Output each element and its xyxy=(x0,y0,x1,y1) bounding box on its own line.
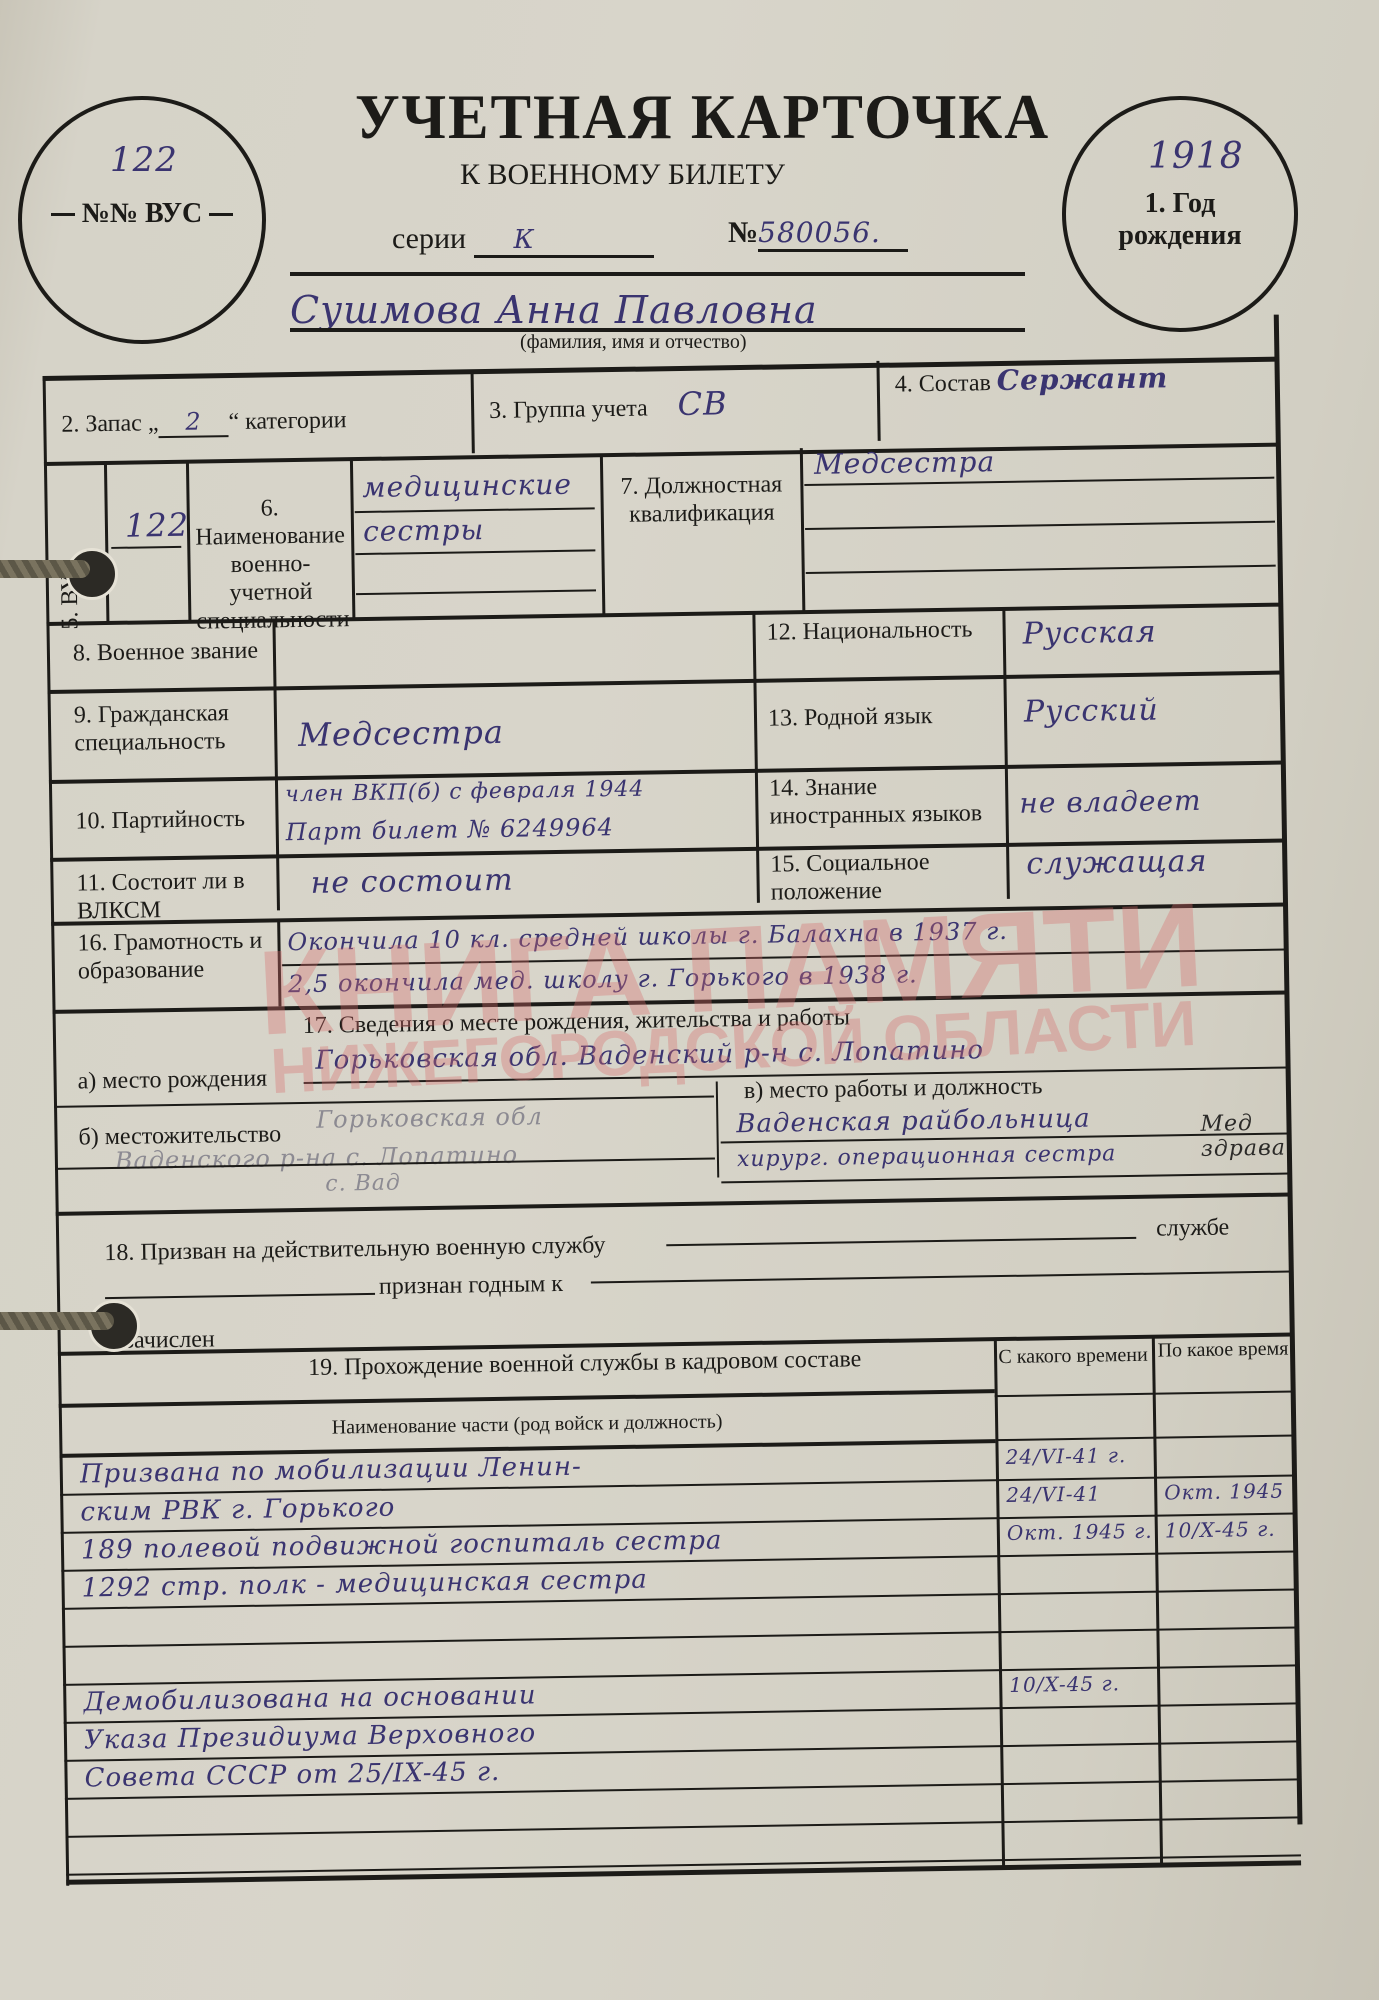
service-from-cell xyxy=(1011,1823,1157,1825)
section-17-title: 17. Сведения о месте рождения, жительств… xyxy=(303,1003,851,1040)
full-name-value: Сушмова Анна Павловна xyxy=(290,288,818,332)
specialty-name-label: 6. Наименование военно-учетной специальн… xyxy=(194,493,346,635)
service-from-cell xyxy=(1008,1633,1154,1635)
col-unit-header: Наименование части (род войск и должност… xyxy=(59,1405,995,1444)
divider xyxy=(806,565,1276,574)
divider xyxy=(752,613,760,903)
service-to-cell xyxy=(1166,1593,1292,1595)
divider xyxy=(44,443,1279,466)
page-subtitle: К ВОЕННОМУ БИЛЕТУ xyxy=(460,158,785,192)
nationality-label: 12. Национальность xyxy=(766,615,996,647)
reserve-field: 2. Запас „2“ категории xyxy=(61,405,347,439)
divider xyxy=(716,1081,720,1177)
divider xyxy=(800,448,806,612)
divider xyxy=(272,620,280,910)
divider xyxy=(876,361,880,441)
divider xyxy=(471,371,475,453)
birthplace-label: а) место рождения xyxy=(77,1065,267,1096)
service-to-cell xyxy=(1169,1782,1295,1784)
social-status-label: 15. Социальное положение xyxy=(770,847,991,906)
foreign-languages-label: 14. Знание иностранных языков xyxy=(769,771,990,830)
series-field: серии К xyxy=(392,222,654,258)
binding-string xyxy=(0,1312,114,1330)
divider xyxy=(356,589,596,595)
divider xyxy=(290,272,1025,276)
divider xyxy=(111,546,181,549)
native-language-label: 13. Родной язык xyxy=(768,702,933,733)
divider xyxy=(47,671,1282,694)
series-label: серии xyxy=(392,222,466,255)
vus-circle: 122 №№ ВУС xyxy=(18,96,266,344)
reserve-value: 2 xyxy=(158,407,228,438)
native-language-value: Русский xyxy=(1024,693,1159,730)
group-value: СВ xyxy=(677,384,728,423)
service-to-cell xyxy=(1165,1555,1291,1557)
komsomol-value: не состоит xyxy=(310,863,514,901)
rank-label: 8. Военное звание xyxy=(73,637,263,668)
group-field: 3. Группа учета СВ xyxy=(489,389,728,425)
party-label: 10. Партийность xyxy=(75,805,265,836)
party-line-1: член ВКП(б) с февраля 1944 xyxy=(285,777,645,808)
col-from-header: С какого времени xyxy=(998,1343,1148,1369)
residence-line-1: Горьковская обл xyxy=(316,1102,543,1134)
service-from-cell: 10/X-45 г. xyxy=(1009,1671,1155,1697)
service-from-cell xyxy=(1007,1557,1153,1559)
residence-line-3: с. Вад xyxy=(325,1170,401,1196)
work-label: в) место работы и должность xyxy=(744,1072,1043,1105)
divider xyxy=(666,1237,1136,1246)
service-to-cell xyxy=(1163,1441,1289,1443)
section-18-suffix: службе xyxy=(1156,1213,1230,1242)
divider xyxy=(995,1390,1295,1397)
divider xyxy=(59,1389,995,1408)
service-to-cell xyxy=(1168,1745,1294,1747)
divider xyxy=(600,455,606,615)
komsomol-label: 11. Состоит ли в ВЛКСМ xyxy=(76,867,267,926)
composition-label: 4. Состав xyxy=(895,370,991,398)
service-to-cell xyxy=(1167,1669,1293,1671)
education-line-1: Окончила 10 кл. средней школы г. Балахна… xyxy=(287,917,1008,956)
civil-specialty-label: 9. Гражданская специальность xyxy=(74,699,265,758)
work-line-2: хирург. операционная сестра xyxy=(737,1141,1117,1172)
divider xyxy=(350,459,356,619)
birth-year-value: 1918 xyxy=(1148,136,1244,177)
document-page: 122 №№ ВУС УЧЕТНАЯ КАРТОЧКА К ВОЕННОМУ Б… xyxy=(0,0,1379,2000)
section-19-title: 19. Прохождение военной службы в кадрово… xyxy=(308,1345,862,1382)
civil-specialty-value: Медсестра xyxy=(298,713,504,754)
vus-value: 122 xyxy=(125,506,190,545)
number-value: 580056. xyxy=(758,216,908,252)
service-from-cell: 24/VI-41 г. xyxy=(1005,1443,1151,1469)
service-from-cell xyxy=(1011,1785,1157,1787)
qualification-value: Медсестра xyxy=(814,445,996,481)
col-to-header: По какое время xyxy=(1156,1337,1290,1363)
divider xyxy=(105,1293,375,1299)
vus-circle-value: 122 xyxy=(110,140,178,180)
divider xyxy=(355,549,595,555)
composition-value: Сержант xyxy=(997,361,1169,397)
form-table: 2. Запас „2“ категории 3. Группа учета С… xyxy=(42,321,1301,1885)
service-to-cell xyxy=(1166,1631,1292,1633)
service-from-cell xyxy=(1010,1747,1156,1749)
divider xyxy=(49,761,1284,784)
work-line-3: Мед здрава xyxy=(1200,1111,1290,1162)
social-status-value: служащая xyxy=(1026,844,1208,882)
divider xyxy=(805,521,1275,530)
service-to-cell xyxy=(1169,1820,1295,1822)
birth-year-circle: 1918 1. Год рождения xyxy=(1062,96,1298,332)
education-line-2: 2,5 окончила мед. школу г. Горького в 19… xyxy=(288,960,918,998)
service-to-cell: 10/X-45 г. xyxy=(1165,1517,1291,1543)
divider xyxy=(56,1192,1291,1215)
qualification-label: 7. Должностная квалификация xyxy=(606,470,797,529)
birth-year-label-1: 1. Год xyxy=(1066,188,1294,220)
reserve-label-suffix: “ категории xyxy=(228,407,346,435)
reserve-label: 2. Запас „ xyxy=(61,410,159,438)
composition-field: 4. Состав Сержант xyxy=(895,364,1169,398)
nationality-value: Русская xyxy=(1022,615,1156,652)
specialty-name-line-1: медицинские xyxy=(362,468,572,504)
divider xyxy=(591,1271,1291,1284)
divider xyxy=(104,463,110,623)
binding-string xyxy=(0,560,90,578)
service-to-cell: Окт. 1945 г. xyxy=(1164,1479,1290,1505)
divider xyxy=(186,462,192,622)
section-18-line-2: признан годным к xyxy=(379,1270,564,1301)
number-field: №580056. xyxy=(728,216,908,252)
residence-line-2: Ваденского р-на с. Лопатино xyxy=(115,1141,519,1175)
service-from-cell xyxy=(1010,1709,1156,1711)
birthplace-value: Горьковская обл. Ваденский р-н с. Лопати… xyxy=(315,1035,984,1076)
divider xyxy=(1002,609,1010,899)
service-from-cell: 24/VI-41 xyxy=(1006,1481,1152,1507)
group-label: 3. Группа учета xyxy=(489,395,648,423)
education-label: 16. Грамотность и образование xyxy=(77,927,268,986)
service-to-cell xyxy=(1168,1707,1294,1709)
section-18-line-1: 18. Призван на действительную военную сл… xyxy=(104,1231,606,1267)
party-line-2: Парт билет № 6249964 xyxy=(286,813,615,846)
divider xyxy=(721,1173,1289,1184)
page-title: УЧЕТНАЯ КАРТОЧКА xyxy=(355,80,1050,154)
service-from-cell xyxy=(1008,1595,1154,1597)
series-value: К xyxy=(474,225,654,258)
foreign-languages-value: не владеет xyxy=(1019,784,1202,820)
vus-circle-label: №№ ВУС xyxy=(82,198,202,229)
number-label: № xyxy=(728,216,758,249)
work-line-1: Ваденская райбольница xyxy=(736,1104,1091,1140)
service-from-cell: Окт. 1945 г. xyxy=(1007,1519,1153,1545)
specialty-name-line-2: сестры xyxy=(363,513,485,548)
birth-year-label-2: рождения xyxy=(1066,220,1294,252)
